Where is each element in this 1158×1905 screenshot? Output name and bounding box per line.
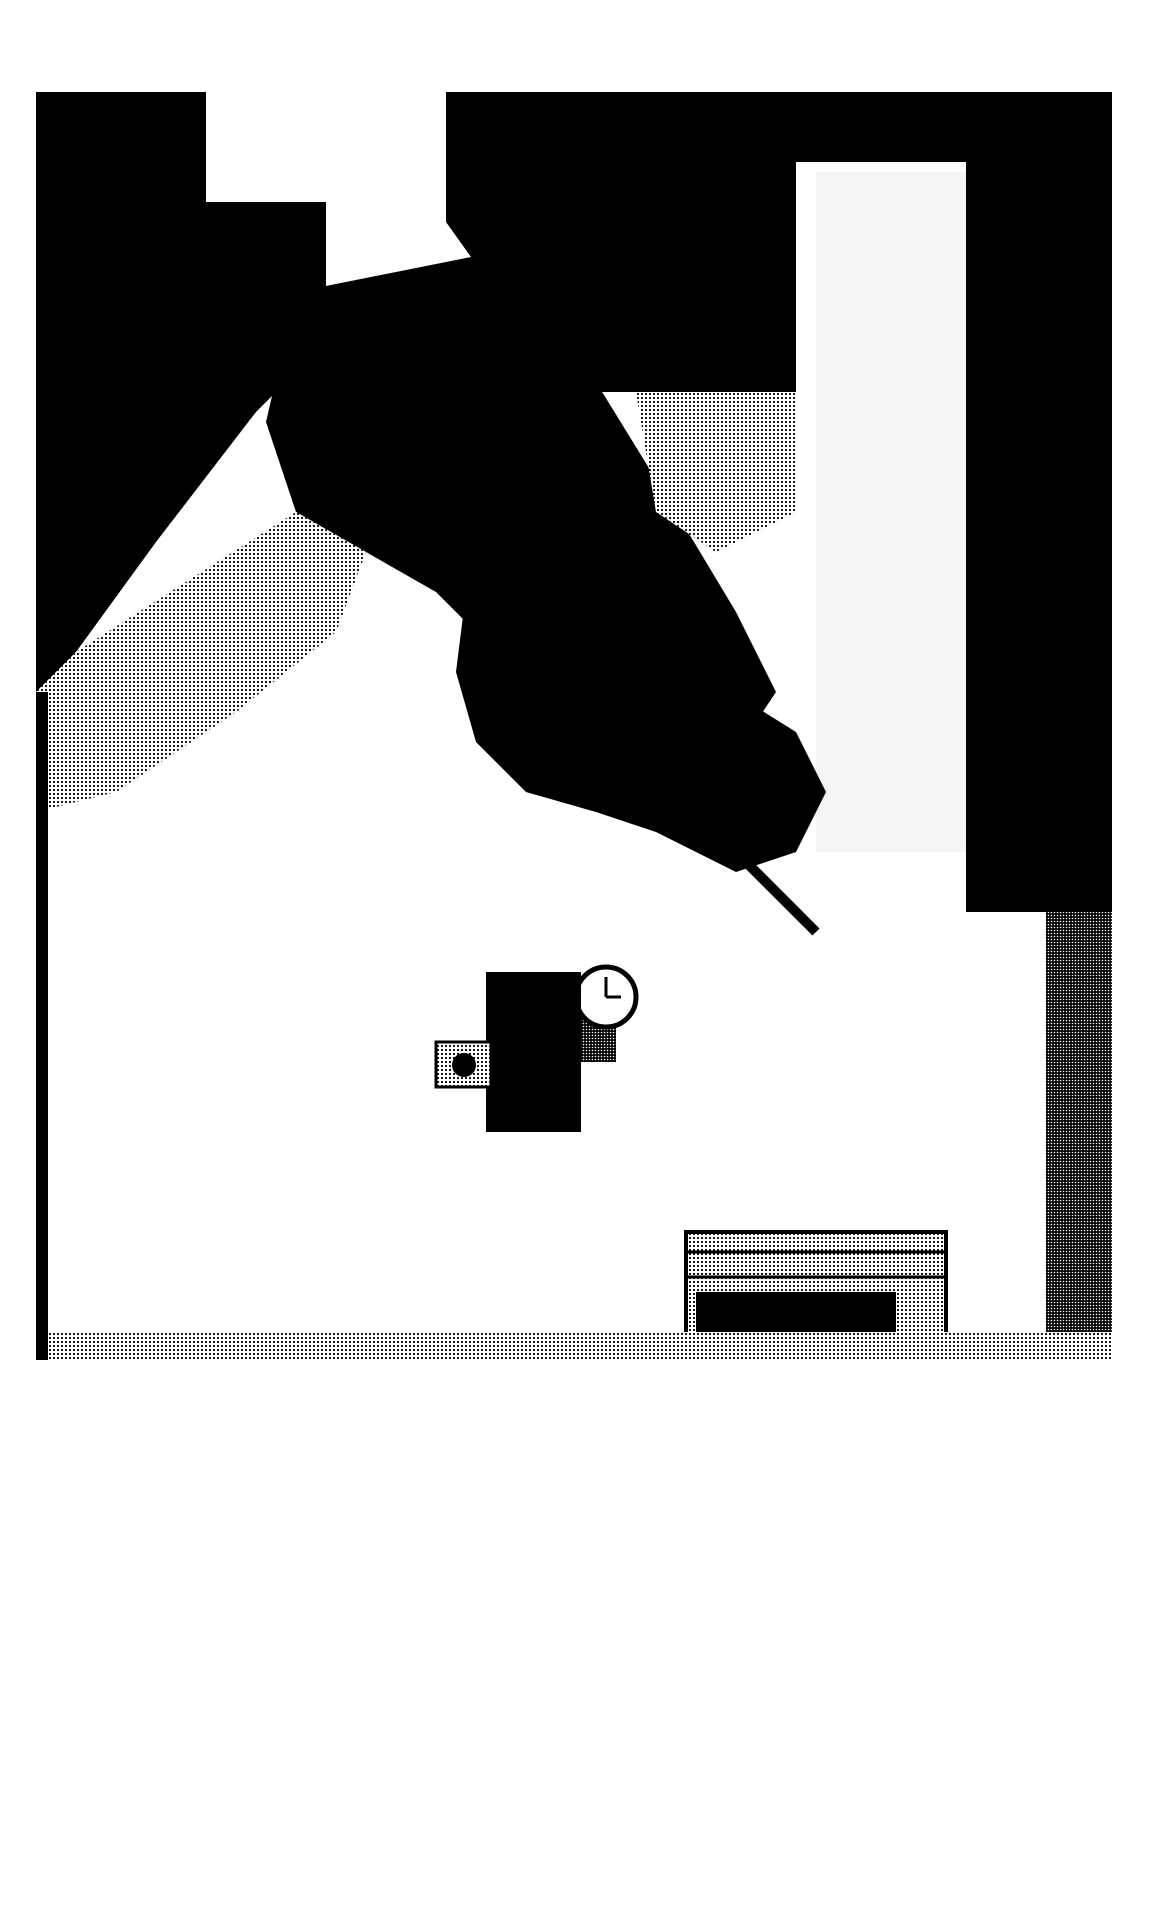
photo-shapes: [36, 92, 1112, 1360]
halftone-photograph: [36, 92, 1112, 1360]
wall-clock: [576, 967, 636, 1062]
